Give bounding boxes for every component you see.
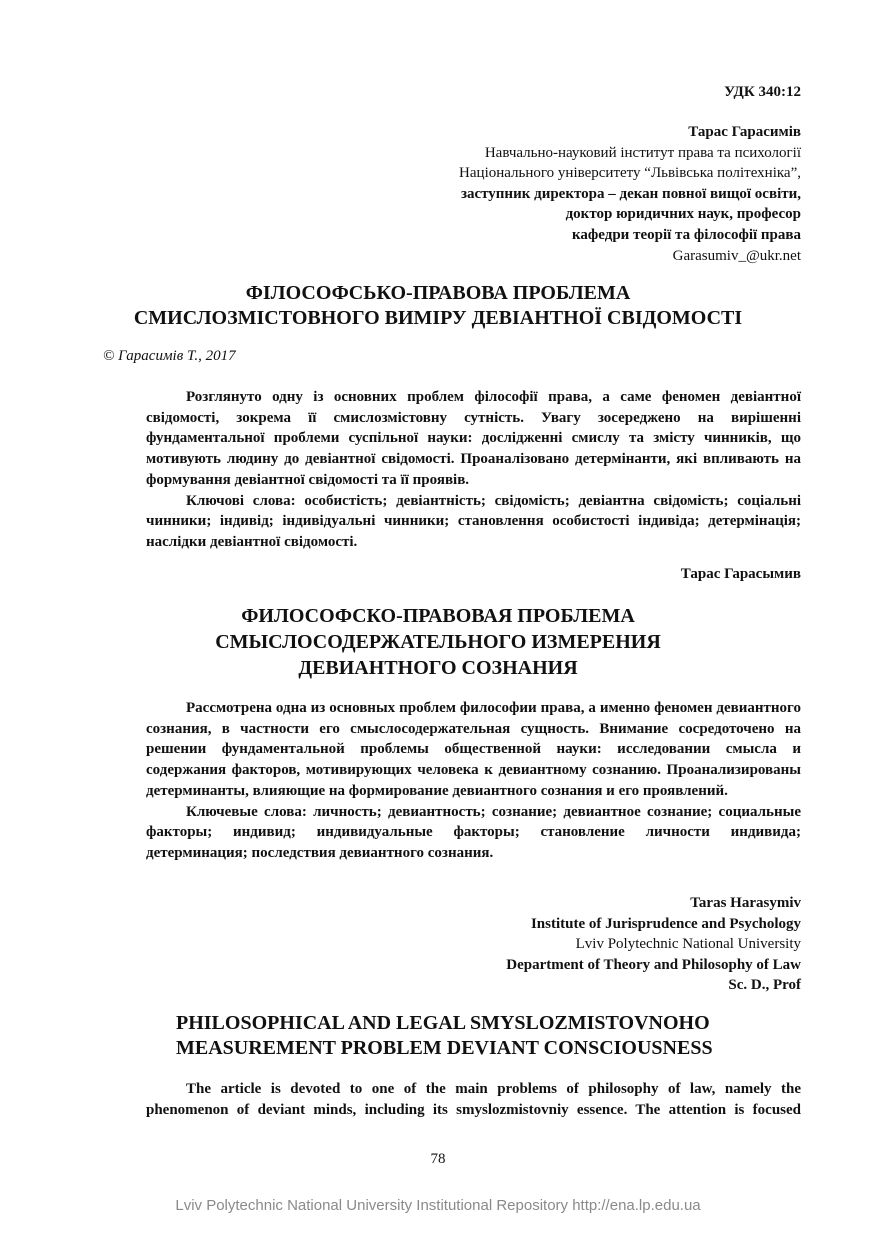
ua-affiliation-line: Навчально-науковий інститут права та пси…	[459, 143, 801, 164]
ru-title: ФИЛОСОФСКО-ПРАВОВАЯ ПРОБЛЕМА СМЫСЛОСОДЕР…	[100, 603, 776, 681]
ua-affiliation-line: заступник директора – декан повної вищої…	[459, 184, 801, 205]
en-affiliation-line: Institute of Jurisprudence and Psycholog…	[506, 914, 801, 935]
en-author-name: Taras Harasymiv	[506, 893, 801, 914]
ru-abstract-text: Рассмотрена одна из основных проблем фил…	[146, 698, 801, 802]
ua-abstract-text: Розглянуто одну із основних проблем філо…	[146, 387, 801, 491]
en-author-block: Taras Harasymiv Institute of Jurispruden…	[506, 893, 801, 996]
copyright: © Гарасимів Т., 2017	[103, 348, 236, 365]
page-number: 78	[0, 1151, 876, 1168]
en-affiliation-line: Department of Theory and Philosophy of L…	[506, 955, 801, 976]
ua-affiliation-line: кафедри теорії та філософії права	[459, 225, 801, 246]
ua-title: ФІЛОСОФСЬКО-ПРАВОВА ПРОБЛЕМА СМИСЛОЗМІСТ…	[100, 281, 776, 331]
en-title: PHILOSOPHICAL AND LEGAL SMYSLOZMISTOVNOH…	[176, 1011, 713, 1061]
ua-title-line: ФІЛОСОФСЬКО-ПРАВОВА ПРОБЛЕМА	[100, 281, 776, 306]
ru-title-line: СМЫСЛОСОДЕРЖАТЕЛЬНОГО ИЗМЕРЕНИЯ	[100, 629, 776, 655]
en-title-line: MEASUREMENT PROBLEM DEVIANT CONSCIOUSNES…	[176, 1036, 713, 1061]
en-title-line: PHILOSOPHICAL AND LEGAL SMYSLOZMISTOVNOH…	[176, 1011, 713, 1036]
ua-title-line: СМИСЛОЗМІСТОВНОГО ВИМІРУ ДЕВІАНТНОЇ СВІД…	[100, 306, 776, 331]
en-affiliation-line: Sc. D., Prof	[506, 975, 801, 996]
ua-abstract: Розглянуто одну із основних проблем філо…	[146, 387, 801, 553]
ua-author-block: Тарас Гарасимів Навчально-науковий інсти…	[459, 122, 801, 266]
ua-affiliation-line: Національного університету “Львівська по…	[459, 163, 801, 184]
ua-keywords: Ключові слова: особистість; девіантність…	[146, 491, 801, 553]
en-affiliation-line: Lviv Polytechnic National University	[506, 934, 801, 955]
en-abstract-text: The article is devoted to one of the mai…	[146, 1079, 801, 1120]
ru-title-line: ФИЛОСОФСКО-ПРАВОВАЯ ПРОБЛЕМА	[100, 603, 776, 629]
udk-code: УДК 340:12	[724, 84, 801, 101]
en-abstract: The article is devoted to one of the mai…	[146, 1079, 801, 1120]
ua-author-name: Тарас Гарасимів	[459, 122, 801, 143]
author-email: Garasumiv_@ukr.net	[459, 246, 801, 267]
ua-affiliation-line: доктор юридичних наук, професор	[459, 204, 801, 225]
ru-title-line: ДЕВИАНТНОГО СОЗНАНИЯ	[100, 655, 776, 681]
repository-footer: Lviv Polytechnic National University Ins…	[0, 1197, 876, 1214]
ru-author-name: Тарас Гарасымив	[681, 566, 801, 583]
ru-abstract: Рассмотрена одна из основных проблем фил…	[146, 698, 801, 864]
ru-keywords: Ключевые слова: личность; девиантность; …	[146, 802, 801, 864]
